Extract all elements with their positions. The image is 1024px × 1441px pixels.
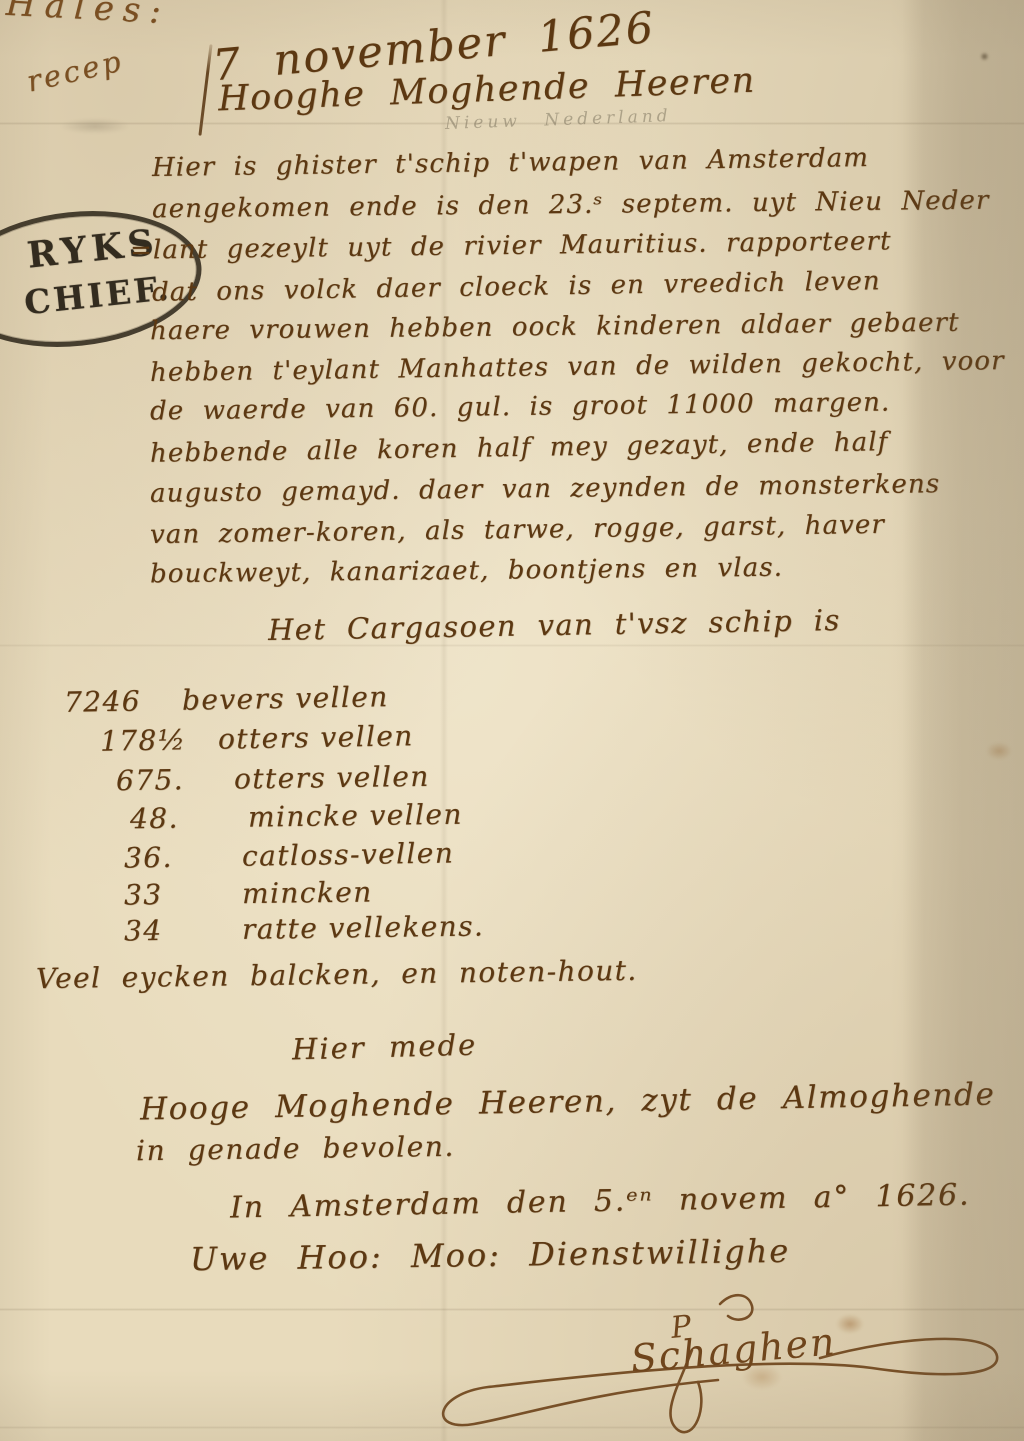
letter-line: augusto gemayd. daer van zeynden de mons… <box>150 469 941 509</box>
letter-line: dat ons volck daer cloeck is en vreedich… <box>152 266 881 307</box>
fold-crease <box>0 1426 1024 1429</box>
timber-line: Veel eycken balcken, en noten-hout. <box>36 954 638 995</box>
letter-line: bouckweyt, kanarizaet, boontjens en vlas… <box>150 553 783 590</box>
fold-crease-vertical <box>440 0 448 1441</box>
letter-line: hebben t'eylant Manhattes van de wilden … <box>150 346 1005 388</box>
cargo-item: otters vellen <box>218 719 414 755</box>
cargo-qty: 7246 <box>64 684 161 719</box>
letter-line: =lant gezeylt uyt de rivier Mauritius. r… <box>130 226 892 265</box>
cargo-row: 48.mincke vellen <box>130 798 463 836</box>
cargo-item: otters vellen <box>234 760 430 796</box>
received-abbrev-note: recep <box>23 43 126 98</box>
letter-line: hebbende alle koren half mey gezayt, end… <box>150 427 889 469</box>
cargo-item: catloss-vellen <box>242 836 455 872</box>
letter-line: aengekomen ende is den 23.ˢ septem. uyt … <box>152 186 990 225</box>
cargo-item: mincke vellen <box>248 798 463 834</box>
cargo-row: 33mincken <box>124 875 373 911</box>
letter-line: haere vrouwen hebben oock kinderen aldae… <box>150 308 960 346</box>
paper-stain <box>836 1314 864 1334</box>
cargo-row: 675.otters vellen <box>116 760 430 797</box>
closing-line: in genade bevolen. <box>136 1130 455 1167</box>
cargo-row: 34ratte vellekens. <box>124 909 485 947</box>
cargo-item: mincken <box>242 875 373 910</box>
cargo-qty: 34 <box>124 913 220 947</box>
letter-line: van zomer-koren, als tarwe, rogge, garst… <box>150 510 885 550</box>
letter-line: de waerde van 60. gul. is groot 11000 ma… <box>150 387 891 426</box>
cargo-qty: 33 <box>124 877 220 911</box>
fold-crease <box>0 644 1024 647</box>
archive-stamp-text: RYKS CHIEF. <box>6 216 185 326</box>
paper-stain <box>742 1364 782 1390</box>
letter-line: Hier is ghister t'schip t'wapen van Amst… <box>152 143 869 183</box>
closing-line: Hier mede <box>292 1028 478 1067</box>
archive-note-top-left: Hales: <box>5 0 171 32</box>
paper-stain <box>986 742 1012 760</box>
fold-crease <box>0 1308 1024 1311</box>
cargo-qty: 48. <box>130 801 226 835</box>
valediction: Uwe Hoo: Moo: Dienstwillighe <box>190 1232 791 1278</box>
paper-stain <box>980 52 989 61</box>
fold-crease <box>0 122 1024 125</box>
fold-crease-vertical <box>902 0 1024 1441</box>
cargo-qty: 178½ <box>100 723 197 758</box>
cargo-row: 178½otters vellen <box>100 719 414 757</box>
cargo-qty: 36. <box>124 840 221 875</box>
closing-line: Hooge Moghende Heeren, zyt de Almoghende <box>140 1077 996 1128</box>
cargo-row: 7246bevers vellen <box>64 680 389 719</box>
dateline: In Amsterdam den 5.ᵉⁿ novem a° 1626. <box>230 1178 971 1226</box>
signature-name: Schaghen <box>629 1319 838 1381</box>
cargo-item: bevers vellen <box>182 680 389 717</box>
cargo-heading: Het Cargasoen van t'vsz schip is <box>268 603 841 647</box>
paper-stain <box>60 118 130 134</box>
cargo-row: 36.catloss-vellen <box>124 836 455 874</box>
manuscript-page: Hales: recep 7 november 1626 Nieuw Neder… <box>0 0 1024 1441</box>
cargo-qty: 675. <box>116 763 212 797</box>
